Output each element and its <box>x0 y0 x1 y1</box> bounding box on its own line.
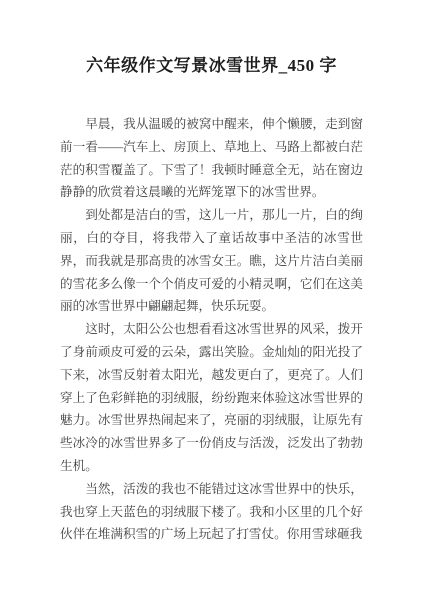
essay-title: 六年级作文写景冰雪世界_450 字 <box>0 55 423 77</box>
essay-page: 六年级作文写景冰雪世界_450 字 早晨，我从温暖的被窝中醒来，伸个懒腰，走到窗… <box>0 0 423 600</box>
essay-paragraph: 到处都是洁白的雪，这儿一片，那儿一片，白的绚丽，白的夺目，将我带入了童话故事中圣… <box>60 204 363 318</box>
essay-content: 早晨，我从温暖的被窝中醒来，伸个懒腰，走到窗前一看——汽车上、房顶上、草地上、马… <box>60 113 363 546</box>
essay-paragraph: 这时，太阳公公也想看看这冰雪世界的风采，拨开了身前顽皮可爱的云朵，露出笑脸。金灿… <box>60 318 363 478</box>
essay-paragraph: 当然，活泼的我也不能错过这冰雪世界中的快乐，我也穿上天蓝色的羽绒服下楼了。我和小… <box>60 478 363 546</box>
essay-paragraph: 早晨，我从温暖的被窝中醒来，伸个懒腰，走到窗前一看——汽车上、房顶上、草地上、马… <box>60 113 363 204</box>
